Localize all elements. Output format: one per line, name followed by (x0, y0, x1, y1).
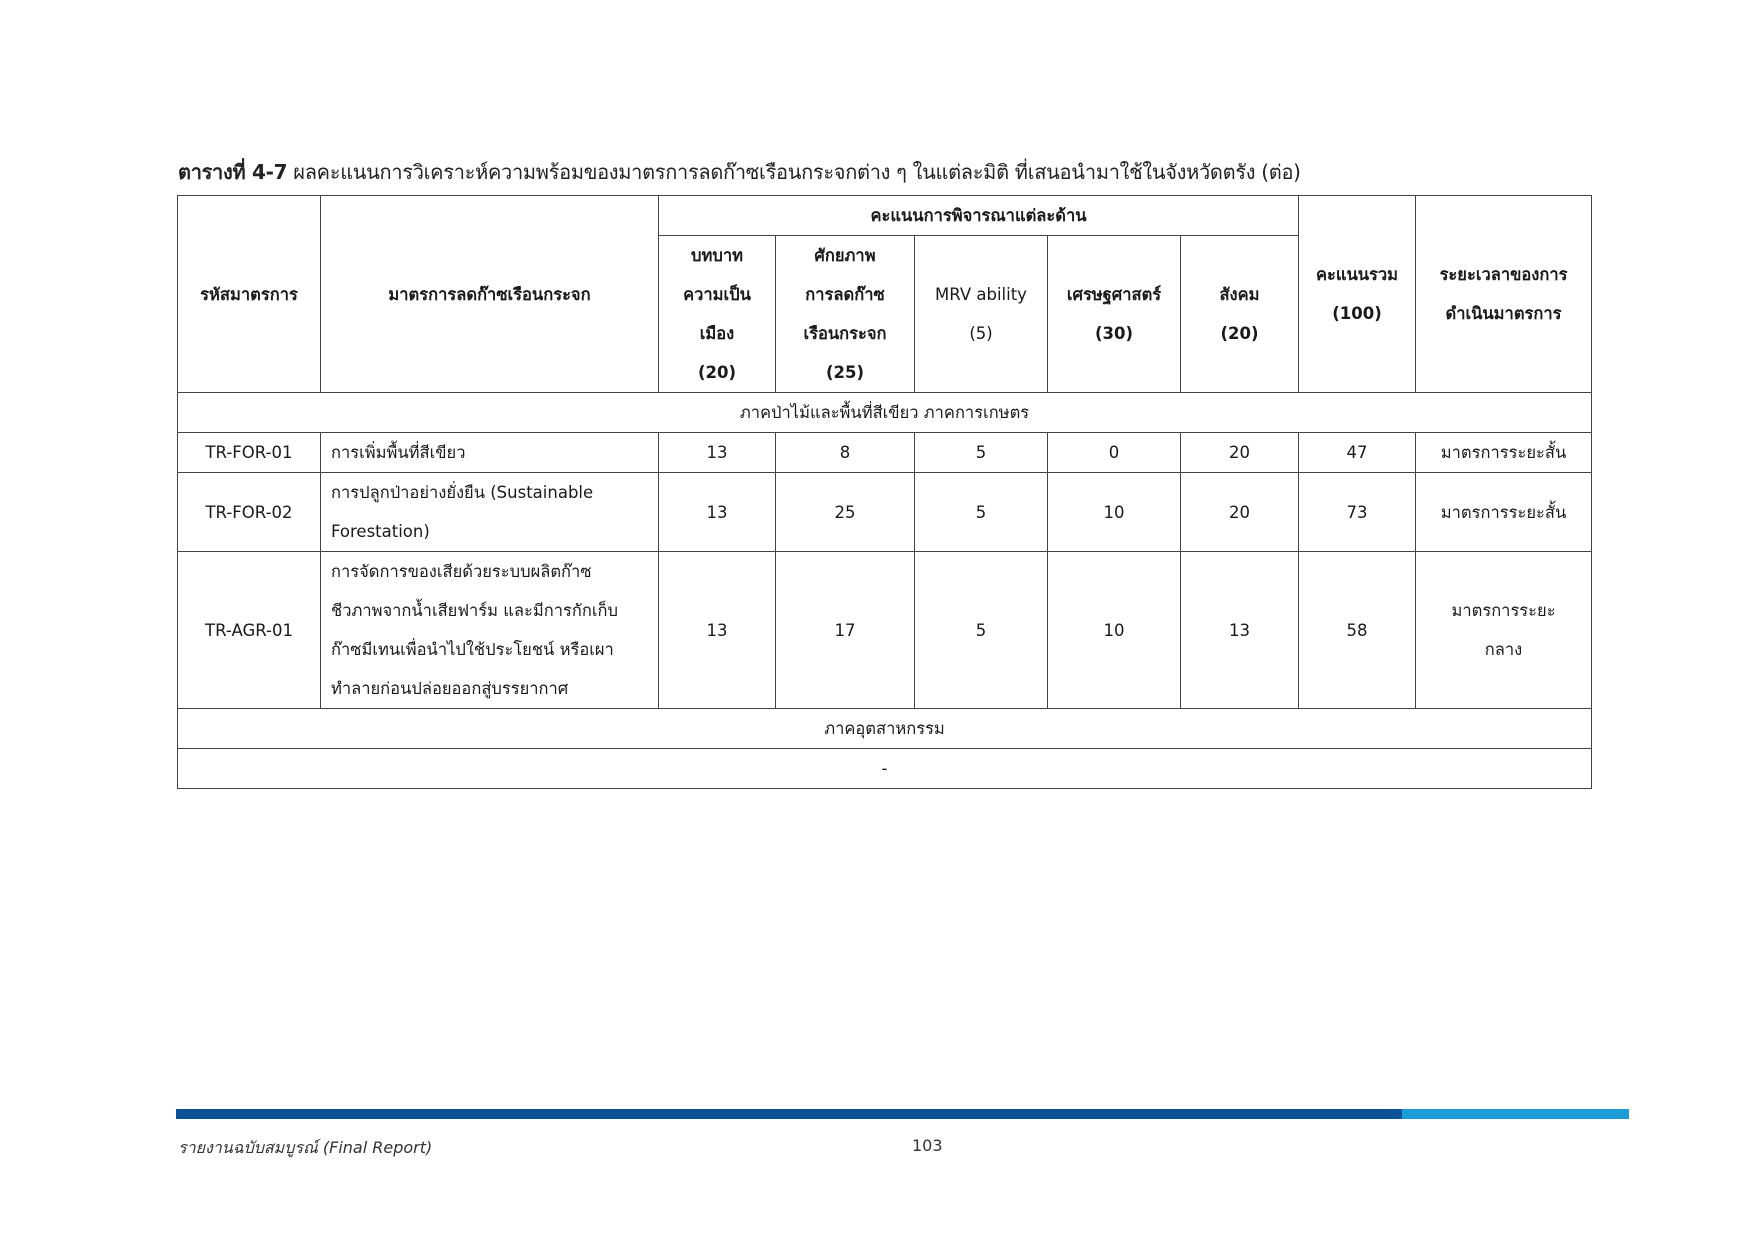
header-economics: เศรษฐศาสตร์(30) (1048, 236, 1181, 393)
cell-line: ระยะเวลาของการ (1416, 255, 1591, 294)
header-timeframe: ระยะเวลาของการ ดำเนินมาตรการ (1416, 196, 1592, 393)
timeframe: มาตรการระยะสั้น (1416, 433, 1592, 473)
page-number: 103 (912, 1136, 943, 1155)
cell-line: (100) (1299, 294, 1415, 333)
score-total: 73 (1299, 473, 1416, 552)
measure-code: TR-AGR-01 (178, 552, 321, 709)
score-social: 13 (1181, 552, 1299, 709)
score-economics: 10 (1048, 473, 1181, 552)
score-ghg-potential: 25 (776, 473, 915, 552)
header-score-group: คะแนนการพิจารณาแต่ละด้าน (659, 196, 1299, 236)
cell-line: ดำเนินมาตรการ (1416, 294, 1591, 333)
cell-line: ศักยภาพ (776, 236, 914, 275)
cell-line: ทำลายก่อนปล่อยออกสู่บรรยากาศ (331, 669, 658, 708)
cell-line: (25) (776, 353, 914, 392)
cell-line: การจัดการของเสียด้วยระบบผลิตก๊าซ (331, 552, 658, 591)
score-urban-role: 13 (659, 552, 776, 709)
measure-name: การเพิ่มพื้นที่สีเขียว (321, 433, 659, 473)
measure-name: การจัดการของเสียด้วยระบบผลิตก๊าซชีวภาพจา… (321, 552, 659, 709)
header-code: รหัสมาตรการ (178, 196, 321, 393)
score-total: 47 (1299, 433, 1416, 473)
cell-line: Forestation) (331, 512, 658, 551)
score-mrv: 5 (915, 473, 1048, 552)
cell-line: การเพิ่มพื้นที่สีเขียว (331, 433, 658, 472)
score-mrv: 5 (915, 552, 1048, 709)
timeframe: มาตรการระยะสั้น (1416, 473, 1592, 552)
footer-report-title: รายงานฉบับสมบูรณ์ (Final Report) (178, 1136, 432, 1161)
table-caption-label: ตารางที่ 4-7 (178, 160, 287, 184)
header-measure: มาตรการลดก๊าซเรือนกระจก (321, 196, 659, 393)
cell-line: เศรษฐศาสตร์ (1048, 275, 1180, 314)
header-mrv: MRV ability(5) (915, 236, 1048, 393)
cell-line: (20) (1181, 314, 1298, 353)
table-row: TR-FOR-01 การเพิ่มพื้นที่สีเขียว 13 8 5 … (178, 433, 1592, 473)
section-title: ภาคอุตสาหกรรม (178, 709, 1592, 749)
cell-line: ก๊าซมีเทนเพื่อนำไปใช้ประโยชน์ หรือเผา (331, 630, 658, 669)
cell-line: การลดก๊าซ (776, 275, 914, 314)
cell-line: บทบาท (659, 236, 775, 275)
score-social: 20 (1181, 473, 1299, 552)
header-ghg-potential: ศักยภาพการลดก๊าซ เรือนกระจก(25) (776, 236, 915, 393)
section-row-forestry-agriculture: ภาคป่าไม้และพื้นที่สีเขียว ภาคการเกษตร (178, 393, 1592, 433)
score-social: 20 (1181, 433, 1299, 473)
cell-line: สังคม (1181, 275, 1298, 314)
cell-line: MRV ability (915, 275, 1047, 314)
header-social: สังคม(20) (1181, 236, 1299, 393)
score-total: 58 (1299, 552, 1416, 709)
timeframe: มาตรการระยะกลาง (1416, 552, 1592, 709)
empty-placeholder: - (178, 749, 1592, 789)
readiness-score-table: รหัสมาตรการ มาตรการลดก๊าซเรือนกระจก คะแน… (177, 195, 1592, 789)
footer-bar-light (1402, 1109, 1629, 1119)
cell-line: ชีวภาพจากน้ำเสียฟาร์ม และมีการกักเก็บ (331, 591, 658, 630)
measure-code: TR-FOR-01 (178, 433, 321, 473)
table-row: TR-FOR-02 การปลูกป่าอย่างยั่งยืน (Sustai… (178, 473, 1592, 552)
header-urban-role: บทบาทความเป็น เมือง(20) (659, 236, 776, 393)
table-row: TR-AGR-01 การจัดการของเสียด้วยระบบผลิตก๊… (178, 552, 1592, 709)
footer-bar-dark (176, 1109, 1402, 1119)
measure-code: TR-FOR-02 (178, 473, 321, 552)
score-ghg-potential: 8 (776, 433, 915, 473)
cell-line: มาตรการระยะสั้น (1416, 493, 1591, 532)
score-urban-role: 13 (659, 473, 776, 552)
measure-name: การปลูกป่าอย่างยั่งยืน (SustainableFores… (321, 473, 659, 552)
cell-line: (30) (1048, 314, 1180, 353)
section-row-industry: ภาคอุตสาหกรรม (178, 709, 1592, 749)
cell-line: (5) (915, 314, 1047, 353)
cell-line: คะแนนรวม (1299, 255, 1415, 294)
score-mrv: 5 (915, 433, 1048, 473)
table-row-empty: - (178, 749, 1592, 789)
section-title: ภาคป่าไม้และพื้นที่สีเขียว ภาคการเกษตร (178, 393, 1592, 433)
header-row-top: รหัสมาตรการ มาตรการลดก๊าซเรือนกระจก คะแน… (178, 196, 1592, 236)
cell-line: มาตรการระยะสั้น (1416, 433, 1591, 472)
cell-line: มาตรการระยะ (1416, 591, 1591, 630)
score-economics: 10 (1048, 552, 1181, 709)
cell-line: เมือง (659, 314, 775, 353)
table-caption: ตารางที่ 4-7 ผลคะแนนการวิเคราะห์ความพร้อ… (178, 156, 1301, 188)
cell-line: ความเป็น (659, 275, 775, 314)
header-total: คะแนนรวม (100) (1299, 196, 1416, 393)
score-urban-role: 13 (659, 433, 776, 473)
table-caption-text: ผลคะแนนการวิเคราะห์ความพร้อมของมาตรการลด… (287, 160, 1300, 184)
score-economics: 0 (1048, 433, 1181, 473)
cell-line: เรือนกระจก (776, 314, 914, 353)
cell-line: การปลูกป่าอย่างยั่งยืน (Sustainable (331, 473, 658, 512)
cell-line: (20) (659, 353, 775, 392)
cell-line: กลาง (1416, 630, 1591, 669)
score-ghg-potential: 17 (776, 552, 915, 709)
